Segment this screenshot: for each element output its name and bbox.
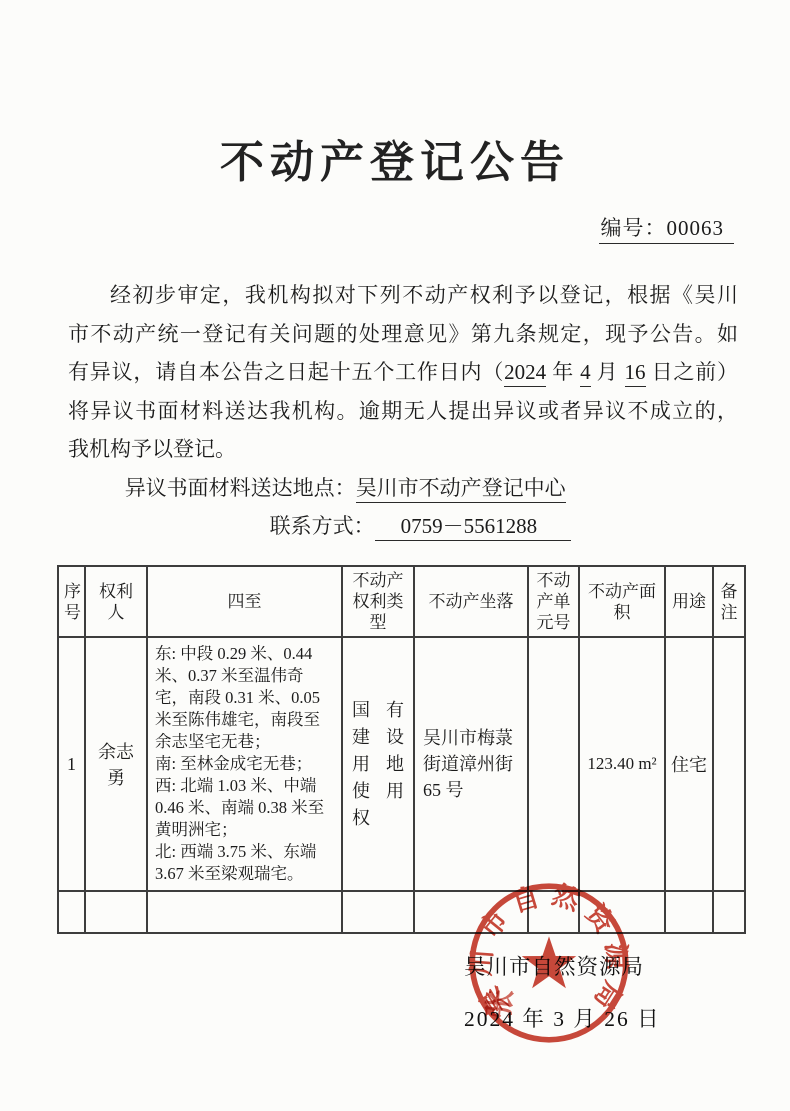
- document-page: 不动产登记公告 编号：00063 经初步审定，我机构拟对下列不动产权利予以登记，…: [0, 0, 790, 1111]
- body-line-3-tail: 日之前）: [652, 360, 738, 384]
- delivery-address-label: 异议书面材料送达地点：: [125, 476, 356, 500]
- contact-line: 联系方式：0759－5561288: [68, 507, 738, 546]
- body-line-3-text: 有异议，请自本公告之日起十五个工作日内（: [68, 360, 504, 384]
- header-area: 不动产面积: [579, 566, 665, 637]
- table-empty-row: [58, 891, 745, 933]
- registration-table: 序号 权利人 四至 不动产权利类型 不动产坐落 不动产单元号 不动产面积 用途 …: [57, 565, 746, 934]
- contact-label: 联系方式：: [270, 514, 375, 538]
- cell-unit-no: [528, 637, 579, 891]
- header-unit-no: 不动产单元号: [528, 566, 579, 637]
- cell-location: 吴川市梅菉街道漳州街 65 号: [414, 637, 528, 891]
- deadline-year: 2024: [504, 360, 546, 387]
- body-line-1: 经初步审定，我机构拟对下列不动产权利予以登记，根据《吴川: [68, 276, 738, 315]
- seal-overlap-mark: 张: [474, 987, 521, 1021]
- header-remark: 备注: [713, 566, 745, 637]
- body-line-3-sep1: 年: [552, 360, 574, 384]
- delivery-address-line: 异议书面材料送达地点：吴川市不动产登记中心: [68, 469, 738, 508]
- notice-number-line: 编号：00063: [599, 212, 735, 242]
- header-usage: 用途: [665, 566, 713, 637]
- delivery-address-value: 吴川市不动产登记中心: [356, 476, 566, 503]
- notice-number-label: 编号：: [601, 216, 667, 240]
- header-holder: 权利人: [85, 566, 147, 637]
- document-title: 不动产登记公告: [0, 126, 790, 190]
- cell-usage: 住宅: [665, 637, 713, 891]
- body-line-3: 有异议，请自本公告之日起十五个工作日内（2024 年 4 月 16 日之前）: [68, 353, 738, 392]
- table-row: 1 余志勇 东: 中段 0.29 米、0.44 米、0.37 米至温伟奇宅，南段…: [58, 637, 745, 891]
- header-boundaries: 四至: [147, 566, 342, 637]
- cell-remark: [713, 637, 745, 891]
- header-right-type: 不动产权利类型: [342, 566, 414, 637]
- deadline-month: 4: [580, 360, 591, 387]
- deadline-day: 16: [625, 360, 646, 387]
- cell-area: 123.40 m²: [579, 637, 665, 891]
- notice-number-value: 00063: [667, 216, 725, 240]
- body-line-3-sep2: 月: [597, 360, 619, 384]
- cell-boundaries: 东: 中段 0.29 米、0.44 米、0.37 米至温伟奇宅，南段 0.31 …: [147, 637, 342, 891]
- cell-seq: 1: [58, 637, 85, 891]
- notice-body: 经初步审定，我机构拟对下列不动产权利予以登记，根据《吴川 市不动产统一登记有关问…: [68, 276, 738, 546]
- seal-star-icon: [522, 936, 576, 988]
- header-seq: 序号: [58, 566, 85, 637]
- official-seal-icon: 吴川市自然资源局: [462, 876, 636, 1050]
- contact-phone-value: 0759－5561288: [375, 514, 572, 541]
- header-location: 不动产坐落: [414, 566, 528, 637]
- body-line-5: 我机构予以登记。: [68, 430, 738, 469]
- body-line-2: 市不动产统一登记有关问题的处理意见》第九条规定，现予公告。如: [68, 315, 738, 354]
- cell-right-type: 国有建设用地使用权: [342, 637, 414, 891]
- cell-holder: 余志勇: [85, 637, 147, 891]
- table-header-row: 序号 权利人 四至 不动产权利类型 不动产坐落 不动产单元号 不动产面积 用途 …: [58, 566, 745, 637]
- body-line-4: 将异议书面材料送达我机构。逾期无人提出异议或者异议不成立的，: [68, 392, 738, 431]
